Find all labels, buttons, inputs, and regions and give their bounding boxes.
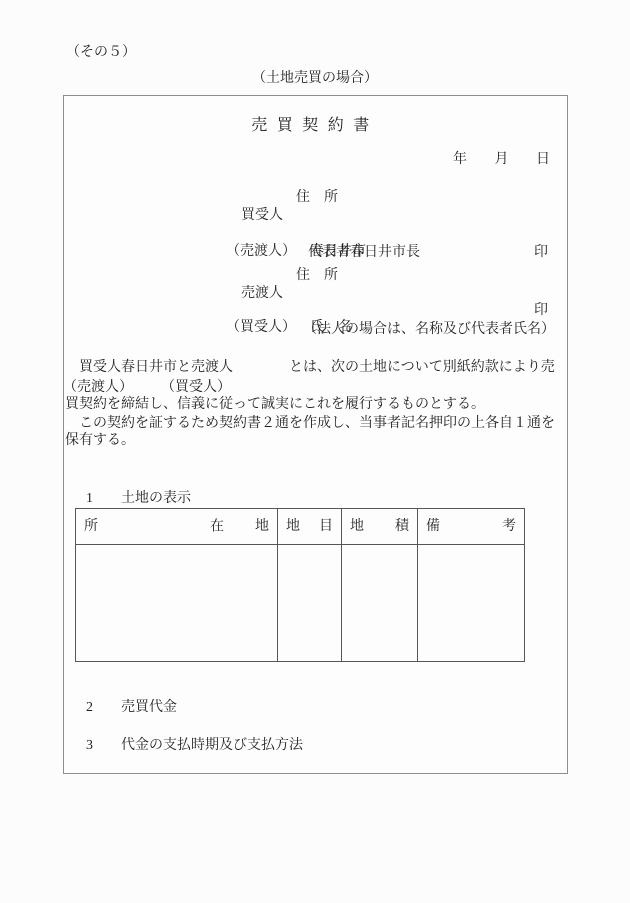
body-line-5: 保有する。: [65, 432, 135, 449]
document-page: （その５） （土地売買の場合） 売買契約書 年 月 日 住 所 買受人 （売渡人…: [0, 0, 630, 903]
month-label: 月: [495, 151, 509, 168]
day-label: 日: [536, 151, 550, 168]
section-1-number: 1: [86, 491, 93, 506]
land-table: 所 在 地 地 目 地 積 備 考: [75, 508, 525, 662]
corporate-note: （法人の場合は、名称及び代表者氏名）: [303, 321, 555, 338]
buyer-representative-label: 代表者春日井市長: [308, 244, 420, 261]
table-cell-location: [76, 545, 278, 661]
seller-role-label: 売渡人: [241, 285, 283, 302]
table-header-remarks: 備 考: [418, 509, 524, 545]
seller-alt-role-label: （買受人）: [226, 320, 296, 335]
section-3-number: 3: [86, 738, 93, 753]
year-label: 年: [453, 151, 467, 168]
table-cell-land-area: [342, 545, 418, 661]
seller-address-label: 住 所: [296, 267, 338, 284]
table-cell-remarks: [418, 545, 524, 661]
buyer-seal-mark: 印: [534, 244, 548, 261]
seller-seal-mark: 印: [534, 302, 548, 319]
buyer-role-label: 買受人: [241, 207, 283, 224]
header-char: 備: [426, 518, 440, 535]
header-char: 在: [210, 518, 224, 535]
table-cell-land-category: [278, 545, 342, 661]
header-char: 積: [395, 518, 409, 535]
body-line-2: （売渡人） （買受人）: [63, 379, 231, 396]
section-2-title: 売買代金: [121, 700, 177, 715]
section-2-number: 2: [86, 700, 93, 715]
body-line-1: 買受人春日井市と売渡人 とは、次の土地について別紙約款により売: [65, 359, 555, 376]
corner-note: （その５）: [66, 44, 136, 61]
body-line-3: 買契約を締結し、信義に従って誠実にこれを履行するものとする。: [65, 396, 485, 413]
date-line: 年 月 日: [453, 151, 550, 168]
contract-title: 売買契約書: [0, 116, 630, 135]
header-char: 目: [319, 518, 333, 535]
header-char: 地: [255, 518, 269, 535]
body-line-4: この契約を証するため契約書２通を作成し、当事者記名押印の上各自１通を: [65, 415, 555, 432]
buyer-alt-role-label: （売渡人）: [226, 244, 296, 259]
buyer-address-label: 住 所: [296, 189, 338, 206]
page-subtitle: （土地売買の場合）: [0, 70, 630, 87]
section-3-heading: 3代金の支払時期及び支払方法: [72, 720, 303, 771]
table-header-land-category: 地 目: [278, 509, 342, 545]
section-1-title: 土地の表示: [121, 491, 191, 506]
table-header-location: 所 在 地: [76, 509, 278, 545]
header-char: 考: [502, 518, 516, 535]
header-char: 地: [350, 518, 364, 535]
section-3-title: 代金の支払時期及び支払方法: [121, 738, 303, 753]
header-char: 地: [286, 518, 300, 535]
table-header-land-area: 地 積: [342, 509, 418, 545]
header-char: 所: [84, 518, 98, 535]
